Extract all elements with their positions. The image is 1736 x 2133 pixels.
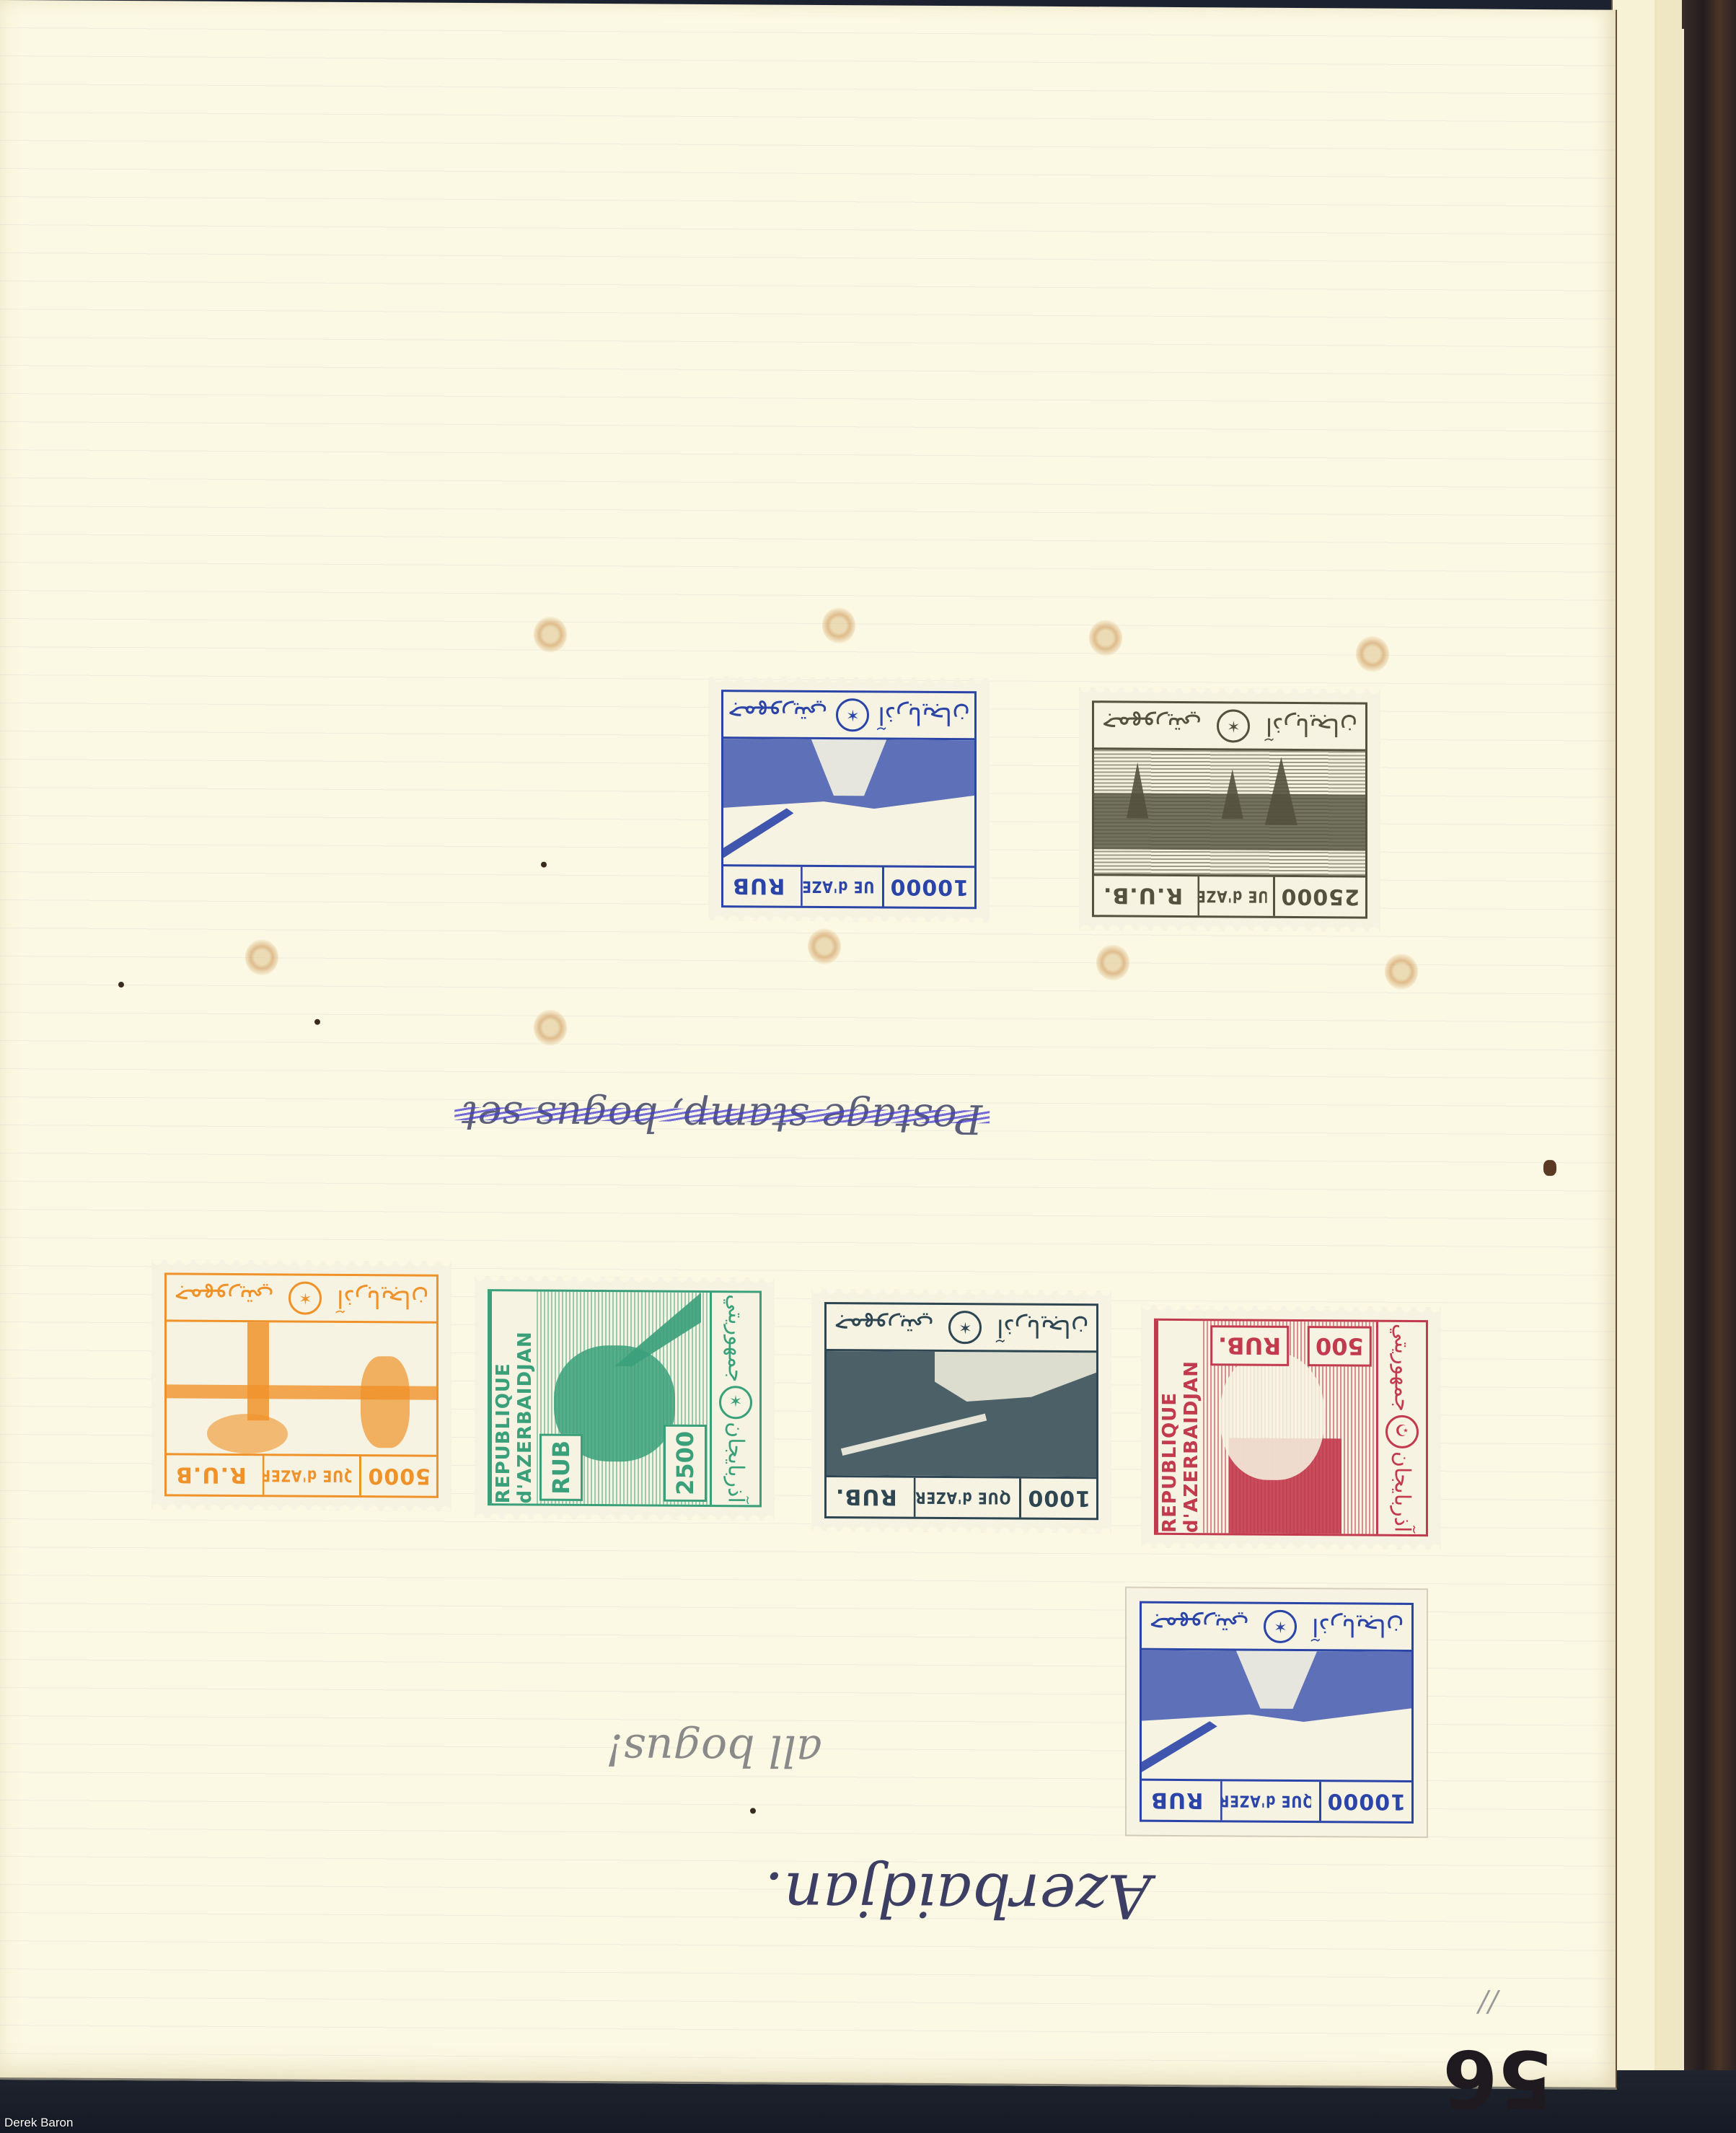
- stamp-value: 10000: [1319, 1782, 1411, 1821]
- foxing-spot: [245, 939, 278, 975]
- stamp-scene: RUB. 500: [1203, 1321, 1376, 1534]
- stamp-scene: [1142, 1650, 1411, 1780]
- stamp-country: REPUBLIQUE d'AZERBAIDJAN: [915, 1478, 1011, 1518]
- foxing-spot: [534, 617, 567, 653]
- foxing-spot: [1096, 944, 1129, 980]
- crescent-star-emblem-icon: ✶: [836, 698, 869, 731]
- stamp-1000-slate[interactable]: 1000 REPUBLIQUE d'AZERBAIDJAN RUB. آذربا…: [811, 1289, 1111, 1534]
- stamp-arabic-text: جمهوريتي: [1390, 1324, 1415, 1412]
- stamp-currency: R.U.B.: [1094, 876, 1191, 915]
- pencil-note: all bogus!: [606, 1724, 822, 1776]
- stamp-arabic-text: آذربایجان: [1390, 1451, 1415, 1533]
- stamp-value: 2500: [664, 1425, 707, 1502]
- foxing-spot: [822, 607, 855, 643]
- crescent-star-emblem-icon: ✶: [719, 1386, 752, 1419]
- crescent-star-emblem-icon: ✶: [1264, 1610, 1297, 1643]
- stamp-country: REPUBLIQUE d'AZERBAIDJAN: [490, 1291, 537, 1503]
- stamp-value: 1000: [1020, 1479, 1097, 1518]
- stamp-arabic-text: جمهوريتي: [728, 700, 827, 729]
- speck: [1543, 1160, 1556, 1176]
- stamp-value: 10000: [882, 867, 974, 907]
- foxing-spot: [1356, 635, 1389, 672]
- stamp-currency: RUB: [723, 866, 793, 906]
- page-edge: [1611, 0, 1655, 2121]
- stamp-frame: 1000 REPUBLIQUE d'AZERBAIDJAN RUB. آذربا…: [824, 1302, 1098, 1520]
- photo-credit: Derek Baron: [4, 2116, 73, 2130]
- stamp-arabic-text: آذربایجان: [337, 1284, 429, 1314]
- page-number: 56: [1442, 2032, 1553, 2125]
- stamp-frame: 25000 REPUBLIQUE d'AZERBAIDJAN R.U.B. آذ…: [1092, 700, 1367, 918]
- speck: [750, 1808, 756, 1813]
- stamp-arabic-text: جمهوريتي: [1149, 1611, 1248, 1641]
- stamp-value: 25000: [1273, 877, 1365, 917]
- tick-mark: //: [1479, 1986, 1498, 2019]
- stamp-scene: [827, 1351, 1096, 1477]
- stamp-country: REPUBLIQUE d'AZERBAIDJAN: [801, 867, 876, 907]
- country-heading: Azerbaidjan.: [765, 1858, 1151, 1931]
- stamp-arabic-text: آذربایجان: [723, 1422, 749, 1503]
- speck: [541, 862, 547, 868]
- stamp-2500-green[interactable]: REPUBLIQUE d'AZERBAIDJAN RUB 2500 جمهوري…: [475, 1276, 775, 1521]
- stamp-arabic-text: جمهوريتي: [1102, 711, 1202, 740]
- foxing-spot: [534, 1010, 567, 1046]
- album-cover: [1680, 0, 1736, 2133]
- speck: [314, 1019, 320, 1025]
- stamp-value: 500: [1308, 1326, 1372, 1367]
- stamp-arabic-text: آذربایجان: [1266, 712, 1358, 742]
- stamp-arabic-text: جمهوريتي: [174, 1283, 273, 1312]
- crescent-star-emblem-icon: ✶: [1217, 709, 1250, 742]
- stamp-frame: REPUBLIQUE d'AZERBAIDJAN RUB 2500 جمهوري…: [488, 1289, 762, 1507]
- stamp-scene: [723, 739, 974, 866]
- stamp-currency: RUB.: [827, 1477, 906, 1517]
- album-page: 10000 REPUBLIQUE d'AZERBAIDJAN RUB آذربا…: [0, 0, 1617, 2090]
- stamp-5000-orange[interactable]: 5000 REPUBLIQUE d'AZERBAIDJAN R.U.B آذرب…: [151, 1259, 451, 1511]
- stamp-arabic-text: آذربایجان: [1312, 1612, 1404, 1642]
- stamp-currency: RUB.: [1210, 1325, 1289, 1366]
- foxing-spot: [1385, 954, 1418, 990]
- stamp-currency: RUB: [1142, 1781, 1212, 1821]
- stamp-frame: 10000 REPUBLIQUE d'AZERBAIDJAN RUB آذربا…: [1140, 1601, 1414, 1824]
- stamp-frame: 5000 REPUBLIQUE d'AZERBAIDJAN R.U.B آذرب…: [164, 1272, 439, 1498]
- stamp-10000-blue-imperforate[interactable]: 10000 REPUBLIQUE d'AZERBAIDJAN RUB آذربا…: [1127, 1588, 1427, 1837]
- stamp-country: REPUBLIQUE d'AZERBAIDJAN: [1198, 876, 1267, 916]
- stamp-frame: REPUBLIQUE d'AZERBAIDJAN RUB. 500 جمهوري…: [1154, 1319, 1428, 1536]
- stamp-arabic-text: جمهوريتي: [723, 1294, 749, 1382]
- stamp-country: REPUBLIQUE d'AZERBAIDJAN: [1220, 1781, 1310, 1821]
- stamp-arabic-text: آذربایجان: [878, 700, 970, 730]
- crescent-star-emblem-icon: ✶: [288, 1281, 322, 1314]
- foxing-spot: [808, 928, 841, 964]
- stamp-arabic-text: آذربایجان: [997, 1313, 1089, 1342]
- stamp-scene: [1094, 749, 1365, 875]
- crescent-star-emblem-icon: ☪: [1385, 1415, 1419, 1448]
- speck: [118, 982, 124, 988]
- stamp-scene: RUB 2500: [537, 1292, 710, 1505]
- stamp-frame: 10000 REPUBLIQUE d'AZERBAIDJAN RUB آذربا…: [721, 690, 977, 909]
- stamp-country: REPUBLIQUE d'AZERBAIDJAN: [263, 1456, 352, 1495]
- foxing-spot: [1089, 620, 1122, 656]
- stamp-25000-olive[interactable]: 25000 REPUBLIQUE d'AZERBAIDJAN R.U.B. آذ…: [1079, 687, 1380, 932]
- stamp-value: 5000: [360, 1456, 437, 1496]
- stamp-country: REPUBLIQUE d'AZERBAIDJAN: [1156, 1321, 1203, 1533]
- crescent-star-emblem-icon: ✶: [948, 1311, 982, 1344]
- stamp-10000-blue[interactable]: 10000 REPUBLIQUE d'AZERBAIDJAN RUB آذربا…: [708, 677, 990, 922]
- stamp-currency: R.U.B: [167, 1455, 255, 1495]
- stamp-500-carmine[interactable]: REPUBLIQUE d'AZERBAIDJAN RUB. 500 جمهوري…: [1141, 1306, 1441, 1550]
- stamp-arabic-text: جمهوريتي: [834, 1312, 933, 1342]
- stamp-currency: RUB: [539, 1434, 583, 1501]
- stamp-scene: [167, 1321, 436, 1454]
- crossed-out-note: Postage stamp, bogus set: [462, 1092, 982, 1142]
